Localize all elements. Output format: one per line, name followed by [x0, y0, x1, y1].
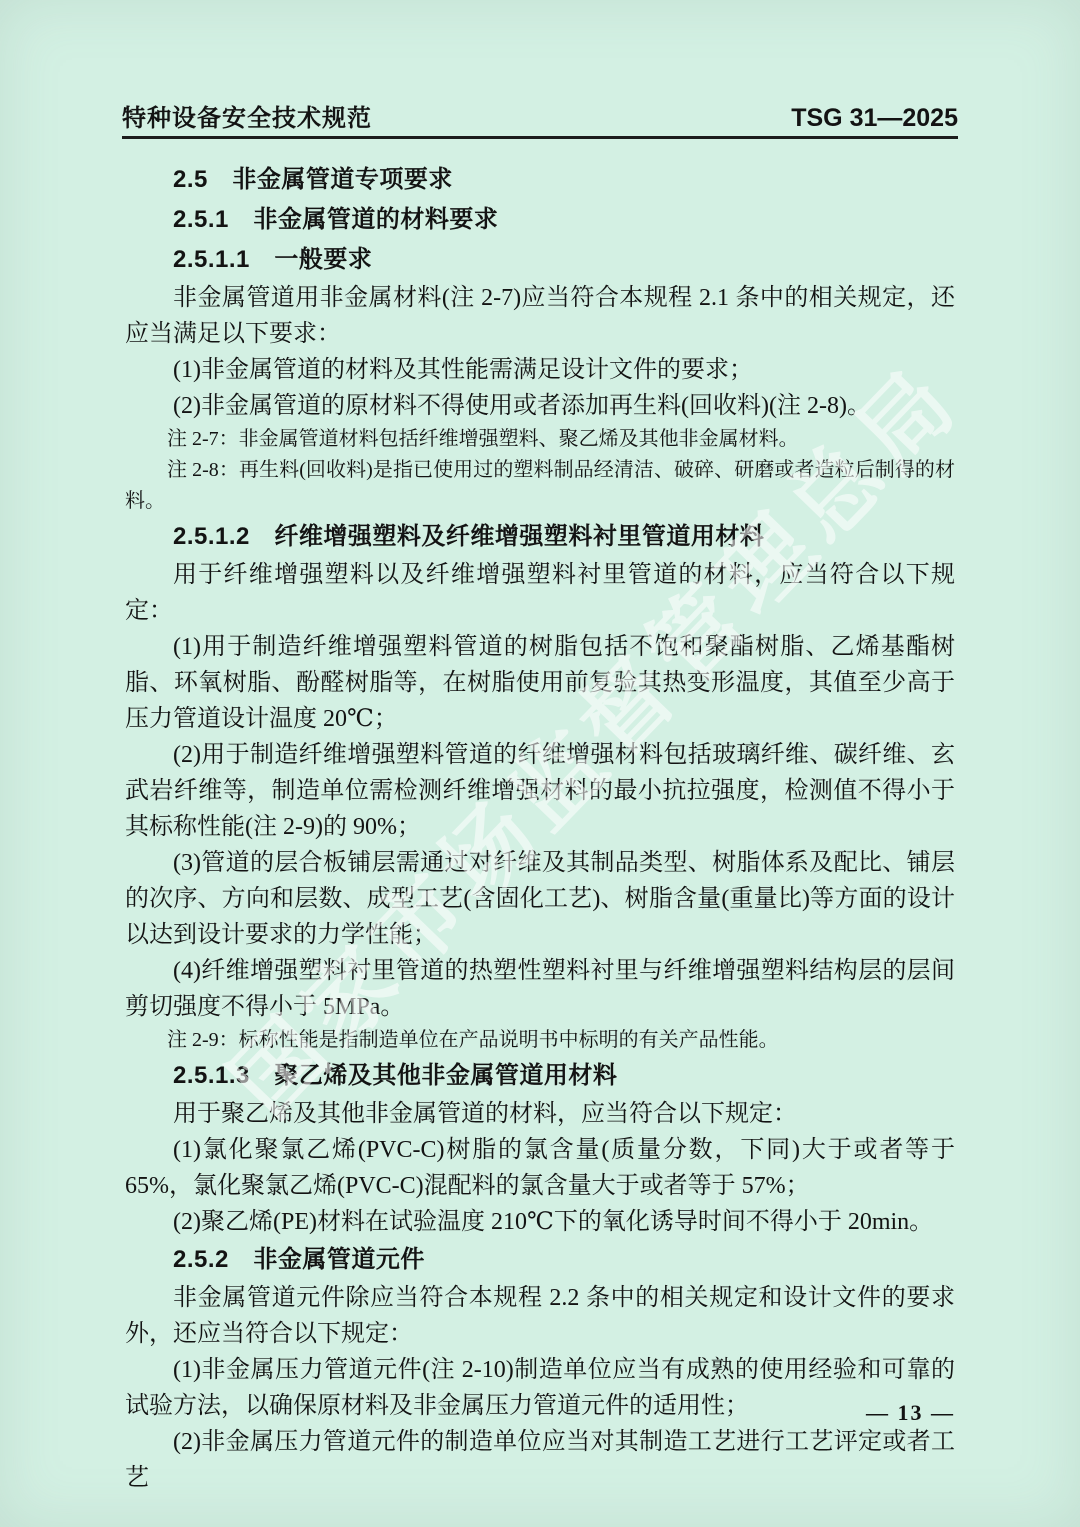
body-paragraph: (2)非金属压力管道元件的制造单位应当对其制造工艺进行工艺评定或者工艺 — [125, 1424, 955, 1496]
section-heading: 2.5.1.1 一般要求 — [125, 240, 955, 280]
section-heading: 2.5 非金属管道专项要求 — [125, 160, 955, 200]
footnote-line: 注 2-7：非金属管道材料包括纤维增强塑料、聚乙烯及其他非金属材料。 — [125, 424, 955, 455]
footnote-line: 注 2-9：标称性能是指制造单位在产品说明书中标明的有关产品性能。 — [125, 1025, 955, 1056]
body-paragraph: (2)用于制造纤维增强塑料管道的纤维增强材料包括玻璃纤维、碳纤维、玄武岩纤维等，… — [125, 737, 955, 845]
body-paragraph: 用于聚乙烯及其他非金属管道的材料，应当符合以下规定： — [125, 1096, 955, 1132]
body-paragraph: 用于纤维增强塑料以及纤维增强塑料衬里管道的材料，应当符合以下规定： — [125, 557, 955, 629]
page-footer: — 13 — — [125, 1400, 955, 1426]
body-paragraph: 非金属管道用非金属材料(注 2-7)应当符合本规程 2.1 条中的相关规定，还应… — [125, 280, 955, 352]
section-heading: 2.5.2 非金属管道元件 — [125, 1240, 955, 1280]
body-paragraph: (2)非金属管道的原材料不得使用或者添加再生料(回收料)(注 2-8)。 — [125, 388, 955, 424]
body-paragraph: (4)纤维增强塑料衬里管道的热塑性塑料衬里与纤维增强塑料结构层的层间剪切强度不得… — [125, 953, 955, 1025]
body-paragraph: (1)用于制造纤维增强塑料管道的树脂包括不饱和聚酯树脂、乙烯基酯树脂、环氧树脂、… — [125, 629, 955, 737]
page-number: — 13 — — [866, 1400, 955, 1425]
header-document-code: TSG 31—2025 — [791, 104, 958, 133]
section-heading: 2.5.1 非金属管道的材料要求 — [125, 200, 955, 240]
body-paragraph: 非金属管道元件除应当符合本规程 2.2 条中的相关规定和设计文件的要求外，还应当… — [125, 1280, 955, 1352]
document-page: 特种设备安全技术规范 TSG 31—2025 2.5 非金属管道专项要求2.5.… — [0, 0, 1080, 1527]
section-heading: 2.5.1.3 聚乙烯及其他非金属管道用材料 — [125, 1056, 955, 1096]
body-paragraph: (1)非金属管道的材料及其性能需满足设计文件的要求； — [125, 352, 955, 388]
footnote-line: 注 2-8：再生料(回收料)是指已使用过的塑料制品经清洁、破碎、研磨或者造粒后制… — [125, 455, 955, 517]
header-title: 特种设备安全技术规范 — [122, 98, 372, 133]
body-paragraph: (3)管道的层合板铺层需通过对纤维及其制品类型、树脂体系及配比、铺层的次序、方向… — [125, 845, 955, 953]
section-heading: 2.5.1.2 纤维增强塑料及纤维增强塑料衬里管道用材料 — [125, 517, 955, 557]
body-paragraph: (2)聚乙烯(PE)材料在试验温度 210℃下的氧化诱导时间不得小于 20min… — [125, 1204, 955, 1240]
document-content: 2.5 非金属管道专项要求2.5.1 非金属管道的材料要求2.5.1.1 一般要… — [125, 160, 955, 1496]
page-header: 特种设备安全技术规范 TSG 31—2025 — [122, 98, 958, 139]
body-paragraph: (1)氯化聚氯乙烯(PVC-C)树脂的氯含量(质量分数，下同)大于或者等于 65… — [125, 1132, 955, 1204]
